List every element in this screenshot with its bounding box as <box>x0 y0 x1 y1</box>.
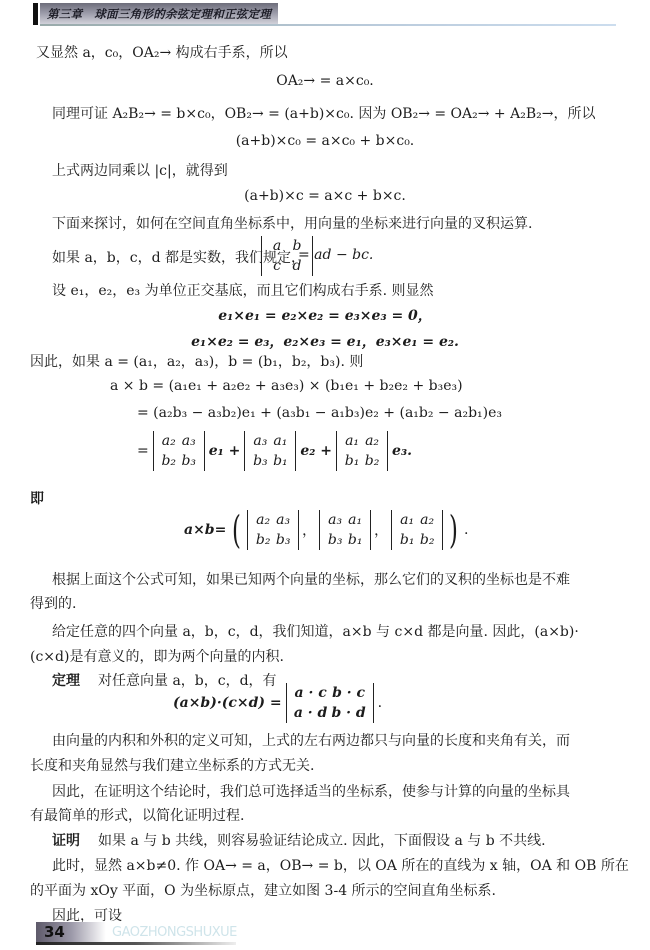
theorem-equation: (a×b)·(c×d) = a · cb · c a · db · d . <box>173 683 382 723</box>
left-paren: ( <box>232 510 241 550</box>
page-number: 34 <box>44 923 65 941</box>
equation: = ad − bc. <box>298 247 373 263</box>
cross-product-formula: a×b= ( a₂a₃ b₂b₃ ， a₃a₁ b₃b₁ ， a₁a₂ b₁b₂… <box>184 510 468 550</box>
header-accent-bar <box>33 3 38 25</box>
determinant-y: a₃a₁ b₃b₁ <box>319 510 371 550</box>
footer-brand: GAOZHONGSHUXUE <box>112 925 237 940</box>
chapter-title: 第三章 球面三角形的余弦定理和正弦定理 <box>47 6 271 22</box>
right-paren: ) <box>449 510 458 550</box>
text-line: 同理可证 A₂B₂→ = b×c₀，OB₂→ = (a+b)×c₀. 因为 OB… <box>52 103 595 123</box>
determinant-expansion: = a₂a₃ b₂b₃ e₁ + a₃a₁ b₃b₁ e₂ + a₁a₂ b₁b… <box>137 431 412 471</box>
header-rule <box>40 24 616 26</box>
text-line: 又显然 a，c₀，OA₂→ 构成右手系，所以 <box>36 42 288 62</box>
text-line: 有最简单的形式，以简化证明过程. <box>30 805 244 825</box>
determinant-x: a₂a₃ b₂b₃ <box>247 510 299 550</box>
text-line: 得到的. <box>30 593 76 613</box>
text-line: 根据上面这个公式可知，如果已知两个向量的坐标，那么它们的叉积的坐标也是不难 <box>52 569 570 589</box>
equation: (a+b)×c = a×c + b×c. <box>0 188 650 204</box>
equation: OA₂→ = a×c₀. <box>0 73 650 89</box>
text-line: 的平面为 xOy 平面，O 为坐标原点，建立如图 3-4 所示的空间直角坐标系. <box>30 880 496 900</box>
text-line: 下面来探讨，如何在空间直角坐标系中，用向量的坐标来进行向量的叉积运算. <box>52 213 532 233</box>
text-line: 设 e₁，e₂，e₃ 为单位正交基底，而且它们构成右手系. 则显然 <box>52 280 434 300</box>
text-line: 由向量的内积和外积的定义可知，上式的左右两边都只与向量的长度和夹角有关，而 <box>52 730 570 750</box>
text-line: 上式两边同乘以 |c|，就得到 <box>52 160 228 180</box>
determinant-z: a₁a₂ b₁b₂ <box>391 510 443 550</box>
theorem-label: 定理 <box>52 670 80 690</box>
determinant-theorem: a · cb · c a · db · d <box>286 683 374 723</box>
equation: e₁×e₁ = e₂×e₂ = e₃×e₃ = 0， <box>0 305 650 325</box>
proof-label: 证明 <box>52 830 80 850</box>
text-line: (c×d)是有意义的，即为两个向量的内积. <box>30 646 284 666</box>
equation: = (a₂b₃ − a₃b₂)e₁ + (a₃b₁ − a₁b₃)e₂ + (a… <box>137 405 502 421</box>
footer-rule <box>36 942 236 945</box>
equation: e₁×e₂ = e₃，e₂×e₃ = e₁，e₃×e₁ = e₂. <box>0 331 650 351</box>
determinant-e3: a₁a₂ b₁b₂ <box>336 431 388 471</box>
text-line: 长度和夹角显然与我们建立坐标系的方式无关. <box>30 755 314 775</box>
determinant-e1: a₂a₃ b₂b₃ <box>153 431 205 471</box>
text-line: 因此，如果 a = (a₁，a₂，a₃)，b = (b₁，b₂，b₃). 则 <box>30 351 363 371</box>
text-line: 如果 a 与 b 共线，则容易验证结论成立. 因此，下面假设 a 与 b 不共线… <box>98 830 546 850</box>
equation: a × b = (a₁e₁ + a₂e₂ + a₃e₃) × (b₁e₁ + b… <box>110 378 463 394</box>
equation: (a+b)×c₀ = a×c₀ + b×c₀. <box>0 133 650 149</box>
text-line: 此时，显然 a×b≠0. 作 OA→ = a，OB→ = b，以 OA 所在的直… <box>52 855 629 875</box>
determinant-e2: a₃a₁ b₃b₁ <box>244 431 296 471</box>
text-line: 因此，在证明这个结论时，我们总可选择适当的坐标系，使参与计算的向量的坐标具 <box>52 781 570 801</box>
text-line: 给定任意的四个向量 a，b，c，d，我们知道，a×b 与 c×d 都是向量. 因… <box>52 621 579 641</box>
text-line: 即 <box>30 488 44 508</box>
